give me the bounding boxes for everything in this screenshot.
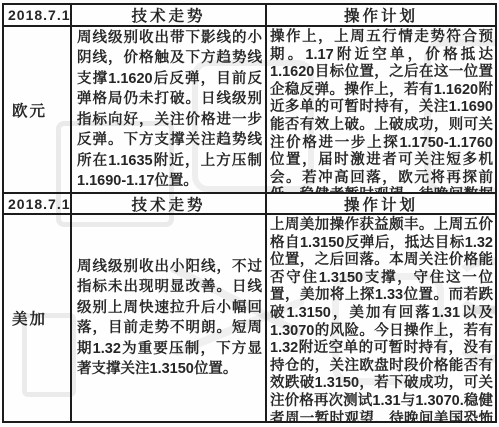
operation-plan-header-euro: 操作计划 [267,5,495,27]
pair-label-euro: 欧元 [4,27,72,194]
operation-plan-usdcad: 上周美加操作获益颇丰。上周五价格自1.3150反弹后，抵达目标1.32位置，之后… [267,215,495,421]
operation-plan-euro: 操作上，上周五行情走势符合预期。1.17附近空单，价格抵达1.1620目标位置，… [267,27,495,194]
tech-analysis-euro: 周线级别收出带下影线的小阴线，价格触及下方趋势线支撑1.1620后反弹，目前反弹… [72,27,267,194]
forex-plan-table: 2018.7.16 技术走势 操作计划 欧元 周线级别收出带下影线的小阴线，价格… [2,3,497,423]
operation-plan-header-usdcad: 操作计划 [267,194,495,215]
screenshot-frame: 2018.7.16 技术走势 操作计划 欧元 周线级别收出带下影线的小阴线，价格… [0,0,499,427]
tech-analysis-usdcad: 周线级别收出小阳线，不过指标未出现明显改善。日线级别上周快速拉升后小幅回落，目前… [72,215,267,421]
tech-trend-header-usdcad: 技术走势 [72,194,267,215]
date-cell-euro: 2018.7.16 [4,5,72,27]
tech-trend-header-euro: 技术走势 [72,5,267,27]
pair-label-usdcad: 美加 [4,215,72,421]
date-cell-usdcad: 2018.7.16 [4,194,72,215]
